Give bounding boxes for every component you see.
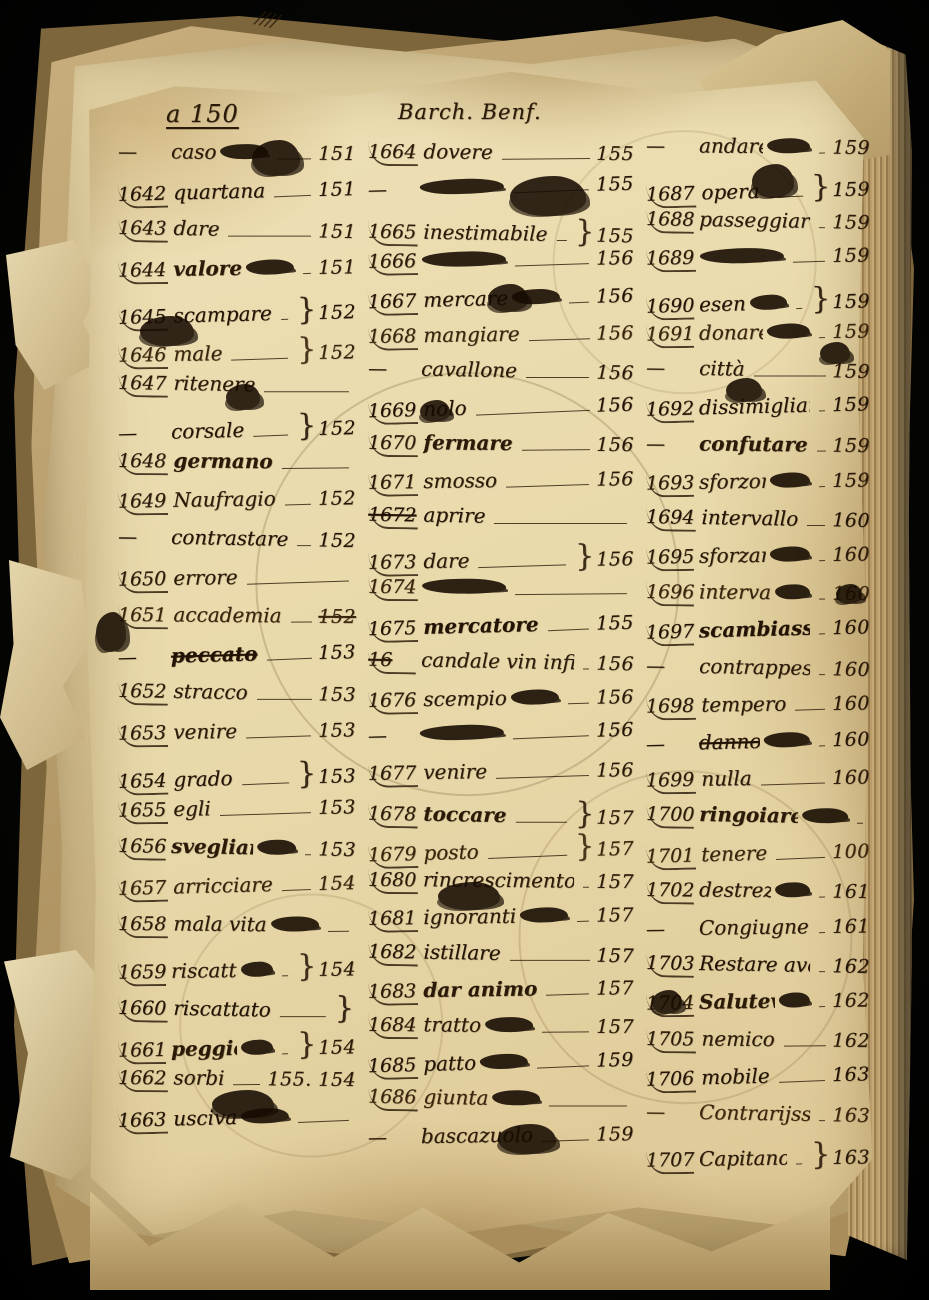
entry-page-number: 152 xyxy=(318,488,356,511)
entry-page-number: 157 xyxy=(596,977,634,1000)
entry-page-number: 156 xyxy=(596,247,634,270)
entry-year: 1672 xyxy=(368,504,419,530)
entry-word: Capitano Generale xyxy=(699,1146,787,1171)
entry-year: 1665 xyxy=(368,220,419,246)
entry-page-number: 157 xyxy=(596,904,634,927)
entry-rule xyxy=(807,525,825,526)
entry-year: 1666 xyxy=(368,250,419,276)
entry-year: 1686 xyxy=(368,1086,419,1112)
entry-year: 1667 xyxy=(368,290,419,316)
entry-rule xyxy=(281,319,288,320)
ink-smudge xyxy=(767,323,810,339)
entry-rule xyxy=(494,523,627,524)
entry-rule xyxy=(303,273,311,274)
entry-word: mala vita xyxy=(173,911,266,936)
entry-year: 1693 xyxy=(646,472,694,498)
entry-year: 1707 xyxy=(646,1149,694,1175)
entry-year: 1656 xyxy=(118,835,166,861)
ink-blot xyxy=(212,1090,274,1118)
entry-rule xyxy=(779,1080,825,1083)
entry-page-number: 159 xyxy=(832,137,870,159)
ink-smudge xyxy=(511,689,559,705)
ink-blot xyxy=(820,342,850,364)
entry-year: 1659 xyxy=(118,961,166,987)
entry-brace: } xyxy=(811,281,831,316)
index-entry: 1675mercatore155 xyxy=(368,610,635,653)
entry-word: riscattare xyxy=(171,958,237,983)
entry-page-number: 159 xyxy=(832,394,870,417)
index-entry: 1680rincrescimento157 xyxy=(368,867,634,906)
entry-page-number: 156 xyxy=(596,686,634,709)
index-content: a 150 —caso1511642quartana1511643dare151… xyxy=(118,100,856,1175)
entry-word: aprire xyxy=(423,503,486,528)
entry-rule xyxy=(228,236,311,237)
entry-page-number: 159 xyxy=(832,212,870,235)
entry-rule xyxy=(819,1006,825,1007)
index-entry: 1659riscattare}154 xyxy=(118,949,357,991)
column-heading: Barch. Benf. xyxy=(368,100,634,140)
index-entry: 1693sforzoni159 xyxy=(646,467,870,507)
entry-page-number: 156 xyxy=(596,362,634,385)
entry-word: intervallo xyxy=(699,580,771,605)
entry-rule xyxy=(819,486,825,487)
index-entry: 1700ringoiare xyxy=(646,801,871,842)
ink-smudge xyxy=(775,882,811,897)
index-entry: 1690esenti}159 xyxy=(646,280,871,323)
index-entry: 1698tempero160 xyxy=(646,690,870,730)
entry-year: 1668 xyxy=(368,325,419,351)
entry-rule xyxy=(556,240,566,241)
ink-blot xyxy=(140,316,194,346)
ink-smudge xyxy=(775,584,811,599)
index-entry: —155 xyxy=(368,173,635,216)
index-entry: 1683dar animo157 xyxy=(368,975,634,1015)
entry-year: 1673 xyxy=(368,551,419,577)
index-entry: —contrappeso160 xyxy=(646,653,871,694)
ink-smudge xyxy=(750,294,787,310)
entry-rule xyxy=(282,467,349,469)
entry-year: 1664 xyxy=(368,141,419,166)
entry-page-number: 156 xyxy=(596,719,634,742)
entry-rule xyxy=(522,449,590,451)
entry-rule xyxy=(817,450,826,451)
ink-blot xyxy=(420,400,450,422)
entry-rule xyxy=(819,1120,825,1121)
index-entry: —Congiugnere161 xyxy=(646,913,870,953)
index-entry: —peccato153 xyxy=(118,639,357,683)
entry-rule xyxy=(784,1045,826,1046)
entry-year: 1658 xyxy=(118,913,169,938)
entry-word: contrappeso xyxy=(699,654,811,680)
entry-word: Restare avere xyxy=(699,951,811,977)
entry-rule xyxy=(298,1120,349,1123)
entry-rule xyxy=(502,158,590,160)
entry-rule xyxy=(515,822,566,823)
index-entry: 1677venire156 xyxy=(368,757,634,797)
index-entry: 1656svegliare153 xyxy=(118,833,357,876)
entry-year: — xyxy=(646,135,694,158)
ink-smudge xyxy=(241,962,273,977)
entry-year: 1694 xyxy=(646,506,697,532)
entry-page-number: 161 xyxy=(832,915,870,938)
entry-year: 1644 xyxy=(118,259,169,285)
entry-word: smosso xyxy=(423,468,497,493)
entry-word: Naufragio xyxy=(173,487,276,512)
index-entry: —andare159 xyxy=(646,133,870,172)
ink-smudge xyxy=(246,259,294,275)
entry-page-number: 160 xyxy=(832,728,870,751)
entry-year: — xyxy=(118,141,166,164)
entry-page-number: 159 xyxy=(832,469,870,492)
entry-year: 1648 xyxy=(118,450,169,475)
index-entry: 1702destrezza161 xyxy=(646,877,870,916)
entry-brace: } xyxy=(335,991,355,1026)
entry-rule xyxy=(819,411,825,412)
index-entry: —cavallone156 xyxy=(368,356,635,397)
entry-page-number: 151 xyxy=(318,256,356,279)
ink-blot xyxy=(752,164,794,198)
entry-year: — xyxy=(646,733,695,757)
index-entry: 1660riscattato} xyxy=(118,987,357,1030)
entry-year: 1647 xyxy=(118,371,169,397)
entry-word: Congiugnere xyxy=(699,914,811,940)
entry-page-number: 156 xyxy=(596,548,634,571)
entry-year: 1661 xyxy=(118,1039,166,1065)
entry-rule xyxy=(253,435,288,437)
entry-page-number: 159 xyxy=(832,290,870,313)
entry-rule xyxy=(529,338,590,341)
entry-word: arricciare xyxy=(173,872,273,898)
entry-rule xyxy=(242,782,289,785)
entry-year: 1663 xyxy=(118,1109,169,1135)
entry-page-number: 155 xyxy=(596,173,634,196)
entry-page-number: 160 xyxy=(832,544,870,567)
ink-blot xyxy=(498,1124,556,1154)
index-entry: 1689159 xyxy=(646,244,870,284)
entry-year: 1679 xyxy=(368,843,419,869)
entry-word: posto xyxy=(423,840,479,865)
entry-word: tempero xyxy=(701,691,786,716)
index-entry: —corsale}152 xyxy=(118,407,357,451)
index-entry: 1678toccare}157 xyxy=(368,793,635,834)
index-entry: 1672aprire xyxy=(368,502,635,543)
entry-year: 1684 xyxy=(368,1014,419,1039)
entry-rule xyxy=(496,775,589,779)
ink-smudge xyxy=(770,472,810,488)
entry-year: 1687 xyxy=(646,183,697,209)
entry-page-number: 156 xyxy=(596,468,634,491)
entry-year: 1683 xyxy=(368,980,419,1006)
index-entry: 1697scambiasse160 xyxy=(646,615,871,658)
entry-brace: } xyxy=(811,1137,831,1172)
entry-year: 1670 xyxy=(368,432,419,457)
entry-rule xyxy=(285,504,311,506)
entry-rule xyxy=(515,263,589,266)
entry-year: — xyxy=(368,178,417,202)
entry-brace: } xyxy=(297,332,317,367)
entry-year: 1653 xyxy=(118,722,169,748)
index-entry: 1681ignoranti157 xyxy=(368,902,634,942)
index-entry: —156 xyxy=(368,719,635,762)
entry-year: 1642 xyxy=(118,182,169,208)
entry-page-number: 156 xyxy=(596,759,634,782)
entry-word: nemico xyxy=(701,1026,775,1051)
ink-blot xyxy=(226,384,260,410)
entry-brace: } xyxy=(575,796,595,831)
index-entry: 1651accademia152 xyxy=(118,602,356,643)
entry-page-number: 159 xyxy=(832,244,870,267)
entry-rule xyxy=(282,889,311,891)
entry-rule xyxy=(257,699,312,700)
entry-year: 1662 xyxy=(118,1067,169,1092)
entry-word: dovere xyxy=(423,139,493,164)
entry-page-number: 153 xyxy=(318,719,356,742)
entry-word: sorbi xyxy=(173,1066,224,1090)
index-entry: 1658mala vita xyxy=(118,911,356,952)
entry-rule xyxy=(569,301,589,303)
entry-word: intervallo xyxy=(701,505,798,531)
entry-brace: } xyxy=(297,292,317,327)
entry-word: sforzoni xyxy=(699,469,767,494)
entry-year: — xyxy=(646,433,694,456)
entry-page-number: 153 xyxy=(318,796,356,819)
ink-blot xyxy=(488,284,528,312)
entry-page-number: 155 xyxy=(596,224,634,247)
entry-year: 1692 xyxy=(646,398,695,424)
entry-rule xyxy=(776,856,825,859)
entry-page-number: 157 xyxy=(596,807,634,830)
entry-rule xyxy=(515,593,627,595)
index-entry: 1686giunta xyxy=(368,1084,635,1125)
entry-brace: } xyxy=(297,756,317,791)
entry-rule xyxy=(819,674,825,675)
entry-word: ringoiare xyxy=(699,802,798,828)
entry-word: danno xyxy=(699,729,760,754)
entry-rule xyxy=(247,580,349,584)
index-entry: 1652stracco153 xyxy=(118,678,357,721)
entry-page-number: 160 xyxy=(832,767,870,790)
entry-word: peggiore xyxy=(171,1036,237,1061)
entry-year: 1678 xyxy=(368,803,419,829)
entry-page-number: 160 xyxy=(832,692,870,715)
entry-page-number: 160 xyxy=(832,658,870,681)
entry-word: istillare xyxy=(423,939,501,964)
entry-rule xyxy=(754,376,826,377)
entry-rule xyxy=(476,410,589,416)
entry-year: 1706 xyxy=(646,1067,697,1093)
entry-rule xyxy=(857,823,863,824)
entry-page-number: 151 xyxy=(318,221,356,244)
entry-year: 1649 xyxy=(118,490,169,516)
index-entry: 1644valore151 xyxy=(118,254,357,296)
entry-rule xyxy=(546,993,589,995)
entry-page-number: 154 xyxy=(318,872,356,895)
entry-year: — xyxy=(646,1101,694,1125)
entry-rule xyxy=(819,971,825,972)
index-entry: 1701tenere100 xyxy=(646,838,871,881)
index-entry: 1661peggiore}154 xyxy=(118,1026,357,1068)
entry-year: 1655 xyxy=(118,799,169,825)
entry-rule xyxy=(819,227,825,228)
entry-page-number: 156 xyxy=(596,284,634,307)
ink-smudge xyxy=(271,916,319,931)
entry-rule xyxy=(328,931,349,932)
index-entry: 1650errore xyxy=(118,563,357,605)
entry-word: corsale xyxy=(171,418,245,444)
index-entry: 1682istillare157 xyxy=(368,938,635,979)
entry-year: — xyxy=(118,645,167,669)
entry-page-number: 159 xyxy=(832,434,870,456)
entry-page-number: 153 xyxy=(318,765,356,788)
entry-year: 1699 xyxy=(646,769,697,795)
entry-page-number: 153 xyxy=(318,684,356,707)
entry-page-number: 159 xyxy=(596,1123,634,1146)
entry-word: inestimabile xyxy=(423,219,548,245)
entry-rule xyxy=(280,1016,326,1017)
entry-rule xyxy=(246,735,311,738)
entry-page-number: 156 xyxy=(596,393,634,416)
entry-word: venire xyxy=(173,719,237,744)
entry-rule xyxy=(795,709,825,711)
entry-word: destrezza xyxy=(699,877,771,902)
entry-page-number: 157 xyxy=(596,1016,634,1038)
index-entry: 1706mobile163 xyxy=(646,1061,871,1104)
index-entry: —Contrarijssimo163 xyxy=(646,1099,871,1140)
index-entry: 1676scempio156 xyxy=(368,684,634,724)
entry-page-number: 156 xyxy=(596,653,634,676)
entry-page-number: 159 xyxy=(832,320,870,343)
ink-blot xyxy=(96,612,126,652)
entry-page-number: 159 xyxy=(832,178,870,201)
entry-word: nulla xyxy=(701,766,752,791)
entry-year: 1651 xyxy=(118,604,169,629)
torn-scrap xyxy=(0,560,90,770)
index-entry: 1671smosso156 xyxy=(368,466,634,506)
entry-page-number: 100 xyxy=(832,840,870,863)
index-entry: 1664dovere155 xyxy=(368,139,634,178)
entry-brace: } xyxy=(297,408,317,443)
ink-smudge xyxy=(520,907,568,923)
entry-year: 1654 xyxy=(118,769,169,795)
entry-word: Contrarijssimo xyxy=(699,1100,811,1126)
entry-page-number: 156 xyxy=(596,322,634,345)
entry-page-number: 162 xyxy=(832,990,870,1013)
entry-rule xyxy=(583,669,589,670)
ink-smudge xyxy=(422,251,506,267)
index-entry: 1703Restare avere162 xyxy=(646,950,871,991)
ink-blot xyxy=(510,176,586,216)
index-entry: 1694intervallo160 xyxy=(646,504,871,545)
entry-word: quartana xyxy=(173,178,265,204)
ink-smudge xyxy=(492,1090,540,1106)
column-heading: a 150 xyxy=(118,100,356,140)
entry-word: mangiare xyxy=(423,322,520,347)
entry-year: 1676 xyxy=(368,689,419,715)
entry-brace: } xyxy=(575,214,595,249)
entry-page-number: 162 xyxy=(832,955,870,978)
ink-smudge xyxy=(700,247,784,263)
index-entry: 1654grado}153 xyxy=(118,755,357,799)
entry-page-number: 157 xyxy=(596,944,634,967)
entry-page-number: 152 xyxy=(318,417,356,440)
ink-smudge xyxy=(767,138,810,153)
entry-year: 1697 xyxy=(646,621,695,647)
ink-blot xyxy=(438,882,500,910)
index-entry: 1705nemico162 xyxy=(646,1026,870,1065)
entry-year: 1671 xyxy=(368,471,419,497)
entry-page-number: 155. 154 xyxy=(267,1069,356,1092)
entry-rule xyxy=(819,745,825,746)
entry-year: 1646 xyxy=(118,344,169,370)
entry-year: 1643 xyxy=(118,217,169,243)
entry-page-number: 155 xyxy=(596,612,634,635)
index-entry: 1670fermare156 xyxy=(368,430,634,469)
entry-rule xyxy=(282,1053,288,1054)
ink-blot xyxy=(252,140,300,176)
entry-year: 1696 xyxy=(646,581,694,606)
index-entry: 1655egli153 xyxy=(118,794,357,836)
entry-rule xyxy=(819,634,825,635)
entry-word: mercatore xyxy=(423,612,539,639)
index-entry: 1695sforzani160 xyxy=(646,542,870,582)
entry-rule xyxy=(510,959,590,960)
entry-page-number: 152 xyxy=(318,301,356,324)
entry-year: 1660 xyxy=(118,997,169,1023)
entry-year: 1701 xyxy=(646,844,697,870)
index-entry: 16candale vin infinito156 xyxy=(368,647,635,688)
entry-rule xyxy=(232,358,289,361)
index-entry: —danno160 xyxy=(646,726,871,769)
entry-word: passeggiare xyxy=(699,207,811,233)
entry-brace: } xyxy=(811,169,831,204)
entry-word: scambiasse xyxy=(699,616,811,643)
entry-word: germano xyxy=(173,448,272,473)
entry-word: cavallone xyxy=(421,357,517,383)
entry-page-number: 151 xyxy=(318,178,356,201)
entry-rule xyxy=(819,337,825,338)
entry-rule xyxy=(568,702,589,704)
entry-page-number: 157 xyxy=(596,871,634,893)
entry-page-number: 152 xyxy=(318,529,356,552)
ink-smudge xyxy=(420,724,504,741)
entry-page-number: 163 xyxy=(832,1063,870,1086)
index-entry: 1669nolo156 xyxy=(368,391,635,434)
entry-rule xyxy=(537,1065,589,1068)
entry-year: 1702 xyxy=(646,879,694,904)
entry-year: 1703 xyxy=(646,952,694,978)
index-entry: 1668mangiare156 xyxy=(368,320,634,360)
index-entry: 1665inestimabile}155 xyxy=(368,210,635,251)
entry-year: 1685 xyxy=(368,1054,419,1080)
entry-year: 1652 xyxy=(118,680,169,706)
entry-year: 1698 xyxy=(646,695,697,721)
entry-year: 1677 xyxy=(368,762,419,788)
entry-year: 1681 xyxy=(368,907,419,933)
ink-blot xyxy=(652,990,682,1014)
ink-smudge xyxy=(770,546,810,562)
entry-year: 1680 xyxy=(368,869,418,894)
entry-year: — xyxy=(646,655,694,679)
entry-page-number: 161 xyxy=(832,880,870,902)
ink-smudge xyxy=(241,1039,273,1054)
entry-word: confutare xyxy=(699,431,808,456)
entry-word: Salutevole xyxy=(699,989,775,1014)
entry-word: donare xyxy=(699,320,763,345)
entry-word: dar animo xyxy=(423,976,537,1002)
index-entry: 1674 xyxy=(368,576,634,615)
entry-year: — xyxy=(118,526,166,550)
ink-blot xyxy=(726,378,762,402)
